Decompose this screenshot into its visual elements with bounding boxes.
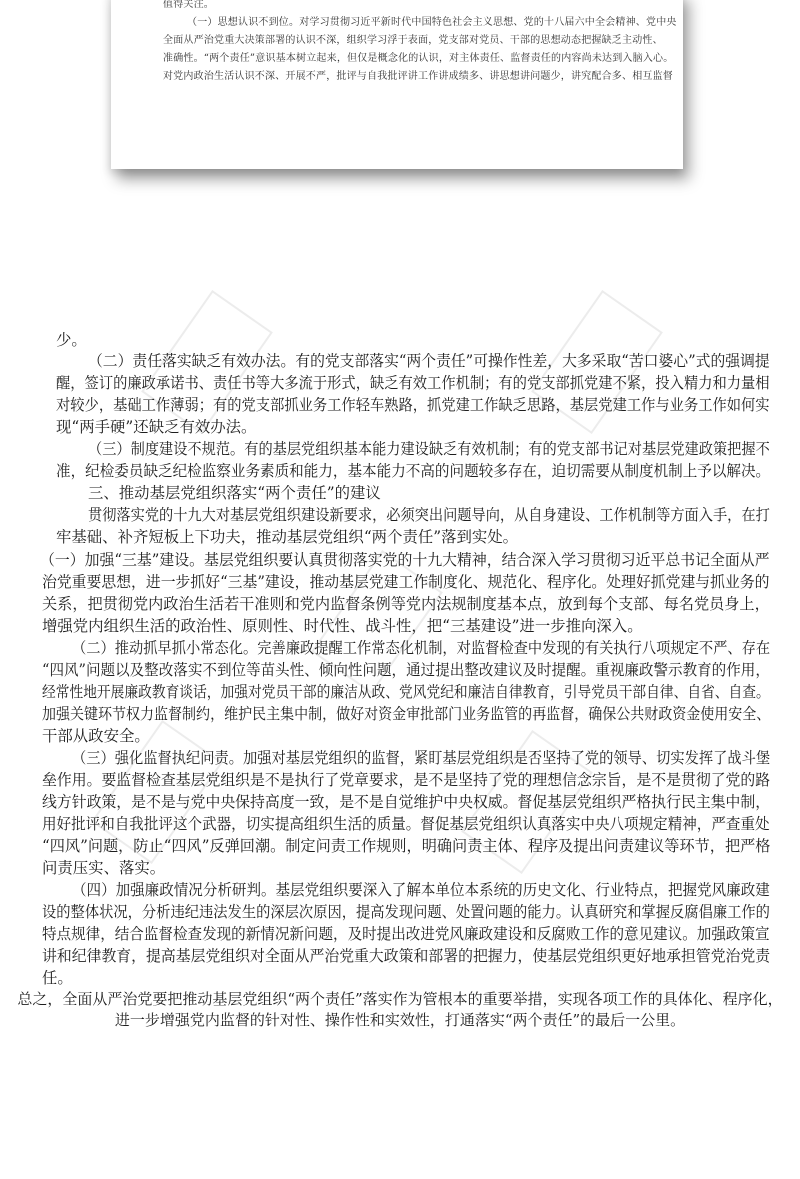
paragraph-2-3: （三）制度建设不规范。有的基层党组织基本能力建设缺乏有效机制；有的党支部书记对基… [88, 439, 770, 459]
body-line: 任。 [42, 968, 73, 988]
conclusion-line: 总之，全面从严治党要把推动基层党组织“两个责任”落实作为管根本的重要举措，实现各… [0, 989, 800, 1009]
body-line: 垒作用。要监督检查基层党组织是不是执行了党章要求，是不是坚持了党的理想信念宗旨，… [42, 770, 770, 790]
body-line: 关系，把贯彻党内政治生活若干准则和党内监督条例等党内法规制度基本点，放到每个支部… [42, 594, 770, 614]
paragraph-3-intro: 贯彻落实党的十九大对基层党组织建设新要求，必须突出问题导向，从自身建设、工作机制… [88, 505, 770, 525]
paragraph-3-2: （二）推动抓早抓小常态化。完善廉政提醒工作常态化机制，对监督检查中发现的有关执行… [72, 638, 770, 658]
body-line: 设的整体状况，分析违纪违法发生的深层次原因，提高发现问题、处置问题的能力。认真研… [42, 902, 770, 922]
body-line: 对较少，基础工作薄弱；有的党支部抓业务工作轻车熟路，抓党建工作缺乏思路，基层党建… [56, 395, 770, 415]
conclusion-line: 进一步增强党内监督的针对性、操作性和实效性，打通落实“两个责任”的最后一公里。 [0, 1010, 800, 1030]
body-line: 增强党内组织生活的政治性、原则性、时代性、战斗性，把“三基建设”进一步推向深入。 [42, 616, 643, 636]
body-line: 用好批评和自我批评这个武器，切实提高组织生活的质量。督促基层党组织认真落实中央八… [42, 814, 770, 834]
body-line: 加强关键环节权力监督制约，维护民主集中制，做好对资金审批部门业务监管的再监督，确… [42, 704, 770, 724]
paragraph-3-1: （一）加强“三基”建设。基层党组织要认真贯彻落实党的十九大精神，结合深入学习贯彻… [40, 550, 770, 570]
preview-line: 准确性。“两个责任”意识基本树立起来，但仅是概念化的认识，对主体责任、监督责任的… [163, 53, 673, 65]
paragraph-3-3: （三）强化监督执纪问责。加强对基层党组织的监督，紧盯基层党组织是否坚持了党的领导… [72, 748, 770, 768]
body-line: 醒，签订的廉政承诺书、责任书等大多流于形式，缺乏有效工作机制；有的党支部抓党建不… [56, 373, 770, 393]
body-line: 现“两手硬”还缺乏有效办法。 [56, 417, 256, 437]
document-page-preview: 值得关注。 （一）思想认识不到位。对学习贯彻习近平新时代中国特色社会主义思想、党… [111, 0, 683, 169]
body-line: “四风”问题以及整改落实不到位等苗头性、倾向性问题，通过提出整改建议及时提醒。重… [42, 660, 770, 680]
body-line: 特点规律，结合监督检查发现的新情况新问题，及时提出改进党风廉政建设和反腐败工作的… [42, 924, 770, 944]
paragraph-2-2: （二）责任落实缺乏有效办法。有的党支部落实“两个责任”可操作性差，大多采取“苦口… [88, 351, 770, 371]
section-heading-3: 三、推动基层党组织落实“两个责任”的建议 [88, 483, 381, 503]
body-line: 线方针政策，是不是与党中央保持高度一致，是不是自觉维护中央权威。督促基层党组织严… [42, 792, 770, 812]
body-line: “四风”问题，防止“四风”反弹回潮。制定问责工作规则，明确问责主体、程序及提出问… [42, 836, 770, 856]
body-line: 少。 [56, 330, 87, 350]
body-line: 准，纪检委员缺乏纪检监察业务素质和能力，基本能力不高的问题较多存在，迫切需要从制… [56, 461, 770, 481]
preview-line: 全面从严治党重大决策部署的认识不深，组织学习浮于表面，党支部对党员、干部的思想动… [163, 35, 663, 47]
paragraph-3-4: （四）加强廉政情况分析研判。基层党组织要深入了解本单位本系统的历史文化、行业特点… [72, 880, 770, 900]
body-line: 讲和纪律教育，提高基层党组织对全面从严治党重大政策和部署的把握力，使基层党组织更… [42, 946, 770, 966]
body-line: 牢基础、补齐短板上下功夫，推动基层党组织“两个责任”落到实处。 [56, 527, 518, 547]
preview-line: 值得关注。 [163, 0, 214, 11]
body-line: 治党重要思想，进一步抓好“三基”建设，推动基层党建工作制度化、规范化、程序化。处… [42, 572, 770, 592]
body-line: 经常性地开展廉政教育谈话，加强对党员干部的廉洁从政、党风党纪和廉洁自律教育，引导… [42, 682, 770, 702]
body-line: 问责压实、落实。 [42, 858, 165, 878]
preview-line: （一）思想认识不到位。对学习贯彻习近平新时代中国特色社会主义思想、党的十八届六中… [187, 17, 677, 29]
body-line: 干部从政安全。 [42, 726, 150, 746]
preview-line: 对党内政治生活认识不深、开展不严，批评与自我批评讲工作讲成绩多、讲思想讲问题少，… [163, 71, 673, 83]
